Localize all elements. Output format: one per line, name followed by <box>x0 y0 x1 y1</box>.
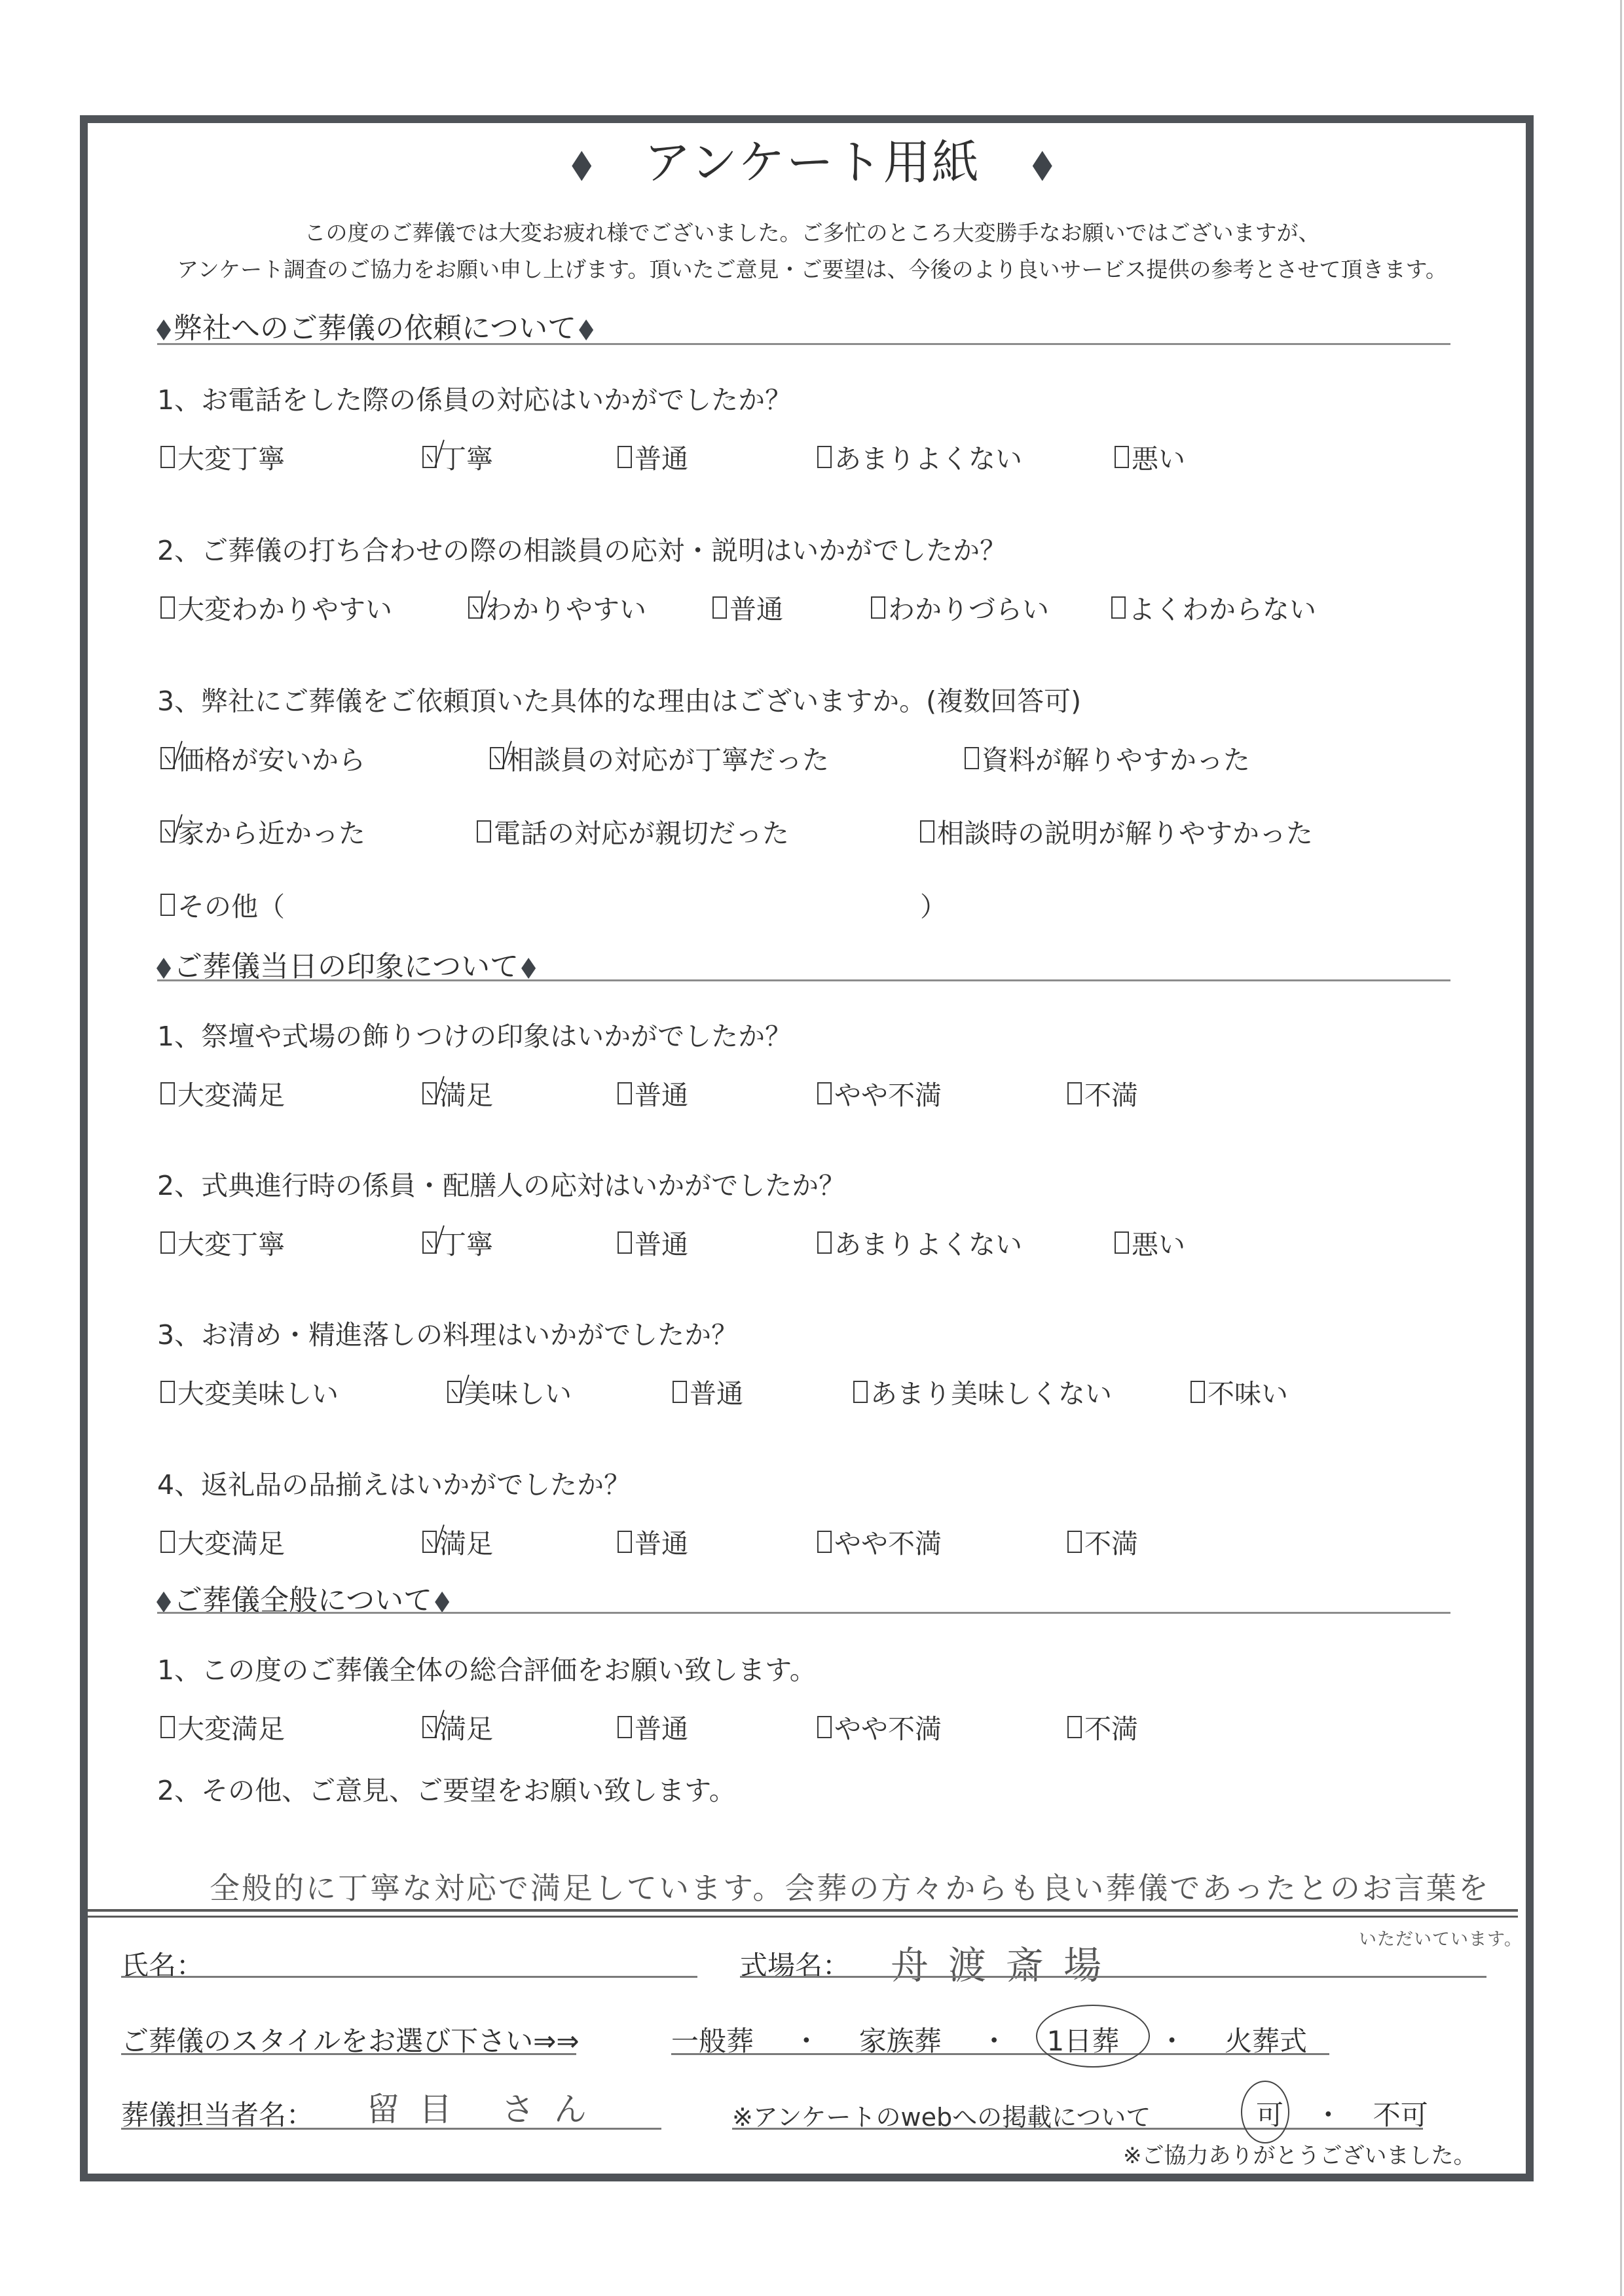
question-label: 3、お清め・精進落しの料理はいかがでしたか？ <box>157 1313 738 1352</box>
checkbox-checked-icon[interactable] <box>422 1716 437 1738</box>
question-label: 1、お電話をした際の係員の対応はいかがでしたか？ <box>157 378 792 417</box>
option-item[interactable]: 丁寧 <box>422 437 493 476</box>
checkbox-icon[interactable] <box>817 1531 832 1553</box>
option-item[interactable]: 普通 <box>618 1223 688 1262</box>
checkbox-checked-icon[interactable] <box>160 747 175 769</box>
option-item[interactable]: 不満 <box>1067 1074 1138 1112</box>
option-item[interactable]: やや不満 <box>817 1707 942 1746</box>
option-item[interactable]: 大変丁寧 <box>160 437 285 476</box>
checkbox-icon[interactable] <box>1115 1231 1129 1254</box>
diamond-icon <box>157 958 171 979</box>
checkbox-icon[interactable] <box>160 446 175 468</box>
option-item[interactable]: やや不満 <box>817 1074 942 1112</box>
option-item[interactable]: 不満 <box>1067 1707 1138 1746</box>
name-underline <box>121 1976 697 1978</box>
comment-divider <box>88 1909 1518 1912</box>
checkbox-icon[interactable] <box>1190 1381 1205 1403</box>
diamond-icon <box>157 319 171 340</box>
style-options-underline <box>671 2053 1329 2055</box>
option-item[interactable]: わかりやすい <box>468 588 646 627</box>
option-item[interactable]: 不味い <box>1190 1372 1288 1411</box>
option-item[interactable]: あまり美味しくない <box>853 1372 1112 1411</box>
option-item[interactable]: 満足 <box>422 1522 493 1561</box>
checkbox-checked-icon[interactable] <box>422 1531 437 1553</box>
option-item[interactable]: 満足 <box>422 1074 493 1112</box>
option-item[interactable]: あまりよくない <box>817 1223 1022 1262</box>
option-item[interactable]: 相談員の対応が丁寧だった <box>490 738 829 777</box>
style-prompt-underline <box>121 2053 576 2055</box>
option-other-close: ） <box>920 885 947 924</box>
name-label: 氏名： <box>121 1944 204 1984</box>
checkbox-icon[interactable] <box>817 446 832 468</box>
checkbox-icon[interactable] <box>712 596 727 619</box>
option-item[interactable]: 家から近かった <box>160 812 365 850</box>
selected-circle-icon <box>1241 2081 1289 2143</box>
checkbox-icon[interactable] <box>618 446 632 468</box>
option-item[interactable]: 大変丁寧 <box>160 1223 285 1262</box>
name-field[interactable] <box>216 1941 694 1974</box>
option-other[interactable]: その他（ <box>160 885 285 924</box>
checkbox-icon[interactable] <box>618 1231 632 1254</box>
option-item[interactable]: 大変満足 <box>160 1707 285 1746</box>
option-item[interactable]: 相談時の説明が解りやすかった <box>920 812 1313 850</box>
option-item[interactable]: 美味しい <box>447 1372 572 1411</box>
intro-line-1: この度のご葬儀では大変お疲れ様でございました。ご多忙のところ大変勝手なお願いでは… <box>0 216 1624 247</box>
section-divider <box>157 979 1450 981</box>
checkbox-icon[interactable] <box>618 1082 632 1104</box>
question-label: 2、ご葬儀の打ち合わせの際の相談員の応対・説明はいかがでしたか？ <box>157 529 1006 568</box>
checkbox-checked-icon[interactable] <box>160 820 175 843</box>
checkbox-icon[interactable] <box>817 1231 832 1254</box>
form-title: アンケート用紙 <box>0 124 1624 192</box>
comment-divider <box>88 1916 1518 1918</box>
section-divider <box>157 343 1450 345</box>
section-heading-day-impression: ご葬儀当日の印象について <box>154 943 538 985</box>
staff-field[interactable]: 留目 さん <box>367 2083 606 2130</box>
option-item[interactable]: やや不満 <box>817 1522 942 1561</box>
diamond-icon <box>521 958 536 979</box>
question-label: 1、この度のご葬儀全体の総合評価をお願い致します。 <box>157 1649 817 1687</box>
question-label: 4、返礼品の品揃えはいかがでしたか？ <box>157 1463 631 1502</box>
checkbox-icon[interactable] <box>160 1381 175 1403</box>
option-item[interactable]: 満足 <box>422 1707 493 1746</box>
checkbox-icon[interactable] <box>618 1531 632 1553</box>
option-item[interactable]: 普通 <box>618 1707 688 1746</box>
checkbox-icon[interactable] <box>160 1531 175 1553</box>
checkbox-checked-icon[interactable] <box>468 596 483 619</box>
checkbox-icon[interactable] <box>1115 446 1129 468</box>
checkbox-icon[interactable] <box>1067 1716 1082 1738</box>
web-underline <box>732 2128 1423 2130</box>
venue-field[interactable]: 舟渡斎場 <box>891 1935 1121 1990</box>
checkbox-icon[interactable] <box>160 1231 175 1254</box>
option-item[interactable]: 資料が解りやすかった <box>965 738 1250 777</box>
option-item[interactable]: 大変美味しい <box>160 1372 339 1411</box>
option-item[interactable]: 悪い <box>1115 1223 1185 1262</box>
checkbox-icon[interactable] <box>817 1716 832 1738</box>
checkbox-icon[interactable] <box>1067 1531 1082 1553</box>
section-divider <box>157 1612 1450 1614</box>
checkbox-icon[interactable] <box>160 1716 175 1738</box>
diamond-icon <box>157 1592 171 1613</box>
checkbox-icon[interactable] <box>618 1716 632 1738</box>
option-item[interactable]: 大変満足 <box>160 1074 285 1112</box>
staff-underline <box>121 2128 661 2130</box>
option-item[interactable]: 丁寧 <box>422 1223 493 1262</box>
checkbox-icon[interactable] <box>817 1082 832 1104</box>
option-item[interactable]: 不満 <box>1067 1522 1138 1561</box>
checkbox-icon[interactable] <box>853 1381 868 1403</box>
checkbox-icon[interactable] <box>673 1381 687 1403</box>
option-item[interactable]: 普通 <box>618 437 688 476</box>
checkbox-icon[interactable] <box>160 596 175 619</box>
diamond-icon <box>1033 151 1052 181</box>
checkbox-checked-icon[interactable] <box>422 446 437 468</box>
venue-label: 式場名： <box>740 1944 850 1984</box>
scan-edge <box>1620 0 1622 2296</box>
selected-circle-icon <box>1036 2005 1150 2068</box>
question-label: 2、式典進行時の係員・配膳人の応対はいかがでしたか？ <box>157 1164 845 1203</box>
style-option-general[interactable]: 一般葬 <box>671 2025 754 2057</box>
checkbox-icon[interactable] <box>871 596 885 619</box>
question-label: 1、祭壇や式場の飾りつけの印象はいかがでしたか？ <box>157 1015 792 1053</box>
style-option-cremation[interactable]: 火葬式 <box>1225 2025 1307 2057</box>
diamond-icon <box>579 319 593 340</box>
option-item[interactable]: 普通 <box>673 1372 743 1411</box>
checkbox-icon[interactable] <box>160 894 175 916</box>
option-item[interactable]: 普通 <box>618 1074 688 1112</box>
checkbox-checked-icon[interactable] <box>447 1381 462 1403</box>
checkbox-checked-icon[interactable] <box>422 1231 437 1254</box>
option-item[interactable]: 大変満足 <box>160 1522 285 1561</box>
option-item[interactable]: あまりよくない <box>817 437 1022 476</box>
thanks-note: ※ご協力ありがとうございました。 <box>1123 2138 1476 2170</box>
checkbox-checked-icon[interactable] <box>422 1082 437 1104</box>
option-item[interactable]: 電話の対応が親切だった <box>477 812 789 850</box>
section-heading-request: 弊社へのご葬儀の依頼について <box>154 304 596 346</box>
option-item[interactable]: 大変わかりやすい <box>160 588 392 627</box>
venue-underline <box>740 1976 1486 1978</box>
style-option-family[interactable]: 家族葬 <box>859 2025 942 2057</box>
diamond-icon <box>572 151 591 181</box>
checkbox-icon[interactable] <box>965 747 979 769</box>
checkbox-icon[interactable] <box>477 820 491 843</box>
option-item[interactable]: 価格が安いから <box>160 738 365 777</box>
option-item[interactable]: わかりづらい <box>871 588 1049 627</box>
option-item[interactable]: よくわからない <box>1111 588 1316 627</box>
checkbox-icon[interactable] <box>1111 596 1126 619</box>
checkbox-icon[interactable] <box>160 1082 175 1104</box>
question-label: 2、その他、ご意見、ご要望をお願い致します。 <box>157 1769 736 1808</box>
option-item[interactable]: 普通 <box>618 1522 688 1561</box>
checkbox-icon[interactable] <box>1067 1082 1082 1104</box>
option-item[interactable]: 悪い <box>1115 437 1185 476</box>
checkbox-icon[interactable] <box>920 820 934 843</box>
checkbox-checked-icon[interactable] <box>490 747 504 769</box>
comment-answer-continued[interactable]: いただいています。 <box>1359 1925 1522 1950</box>
staff-label: 葬儀担当者名： <box>121 2094 314 2133</box>
comment-answer[interactable]: 全般的に丁寧な対応で満足しています。会葬の方々からも良い葬儀であったとのお言葉を <box>210 1865 1490 1908</box>
option-item[interactable]: 普通 <box>712 588 783 627</box>
question-label: 3、弊社にご葬儀をご依頼頂いた具体的な理由はございますか。(複数回答可) <box>157 680 1081 718</box>
diamond-icon <box>435 1592 449 1613</box>
web-option-deny[interactable]: 不可 <box>1373 2099 1428 2131</box>
intro-line-2: アンケート調査のご協力をお願い申し上げます。頂いたご意見・ご要望は、今後のより良… <box>0 253 1624 283</box>
